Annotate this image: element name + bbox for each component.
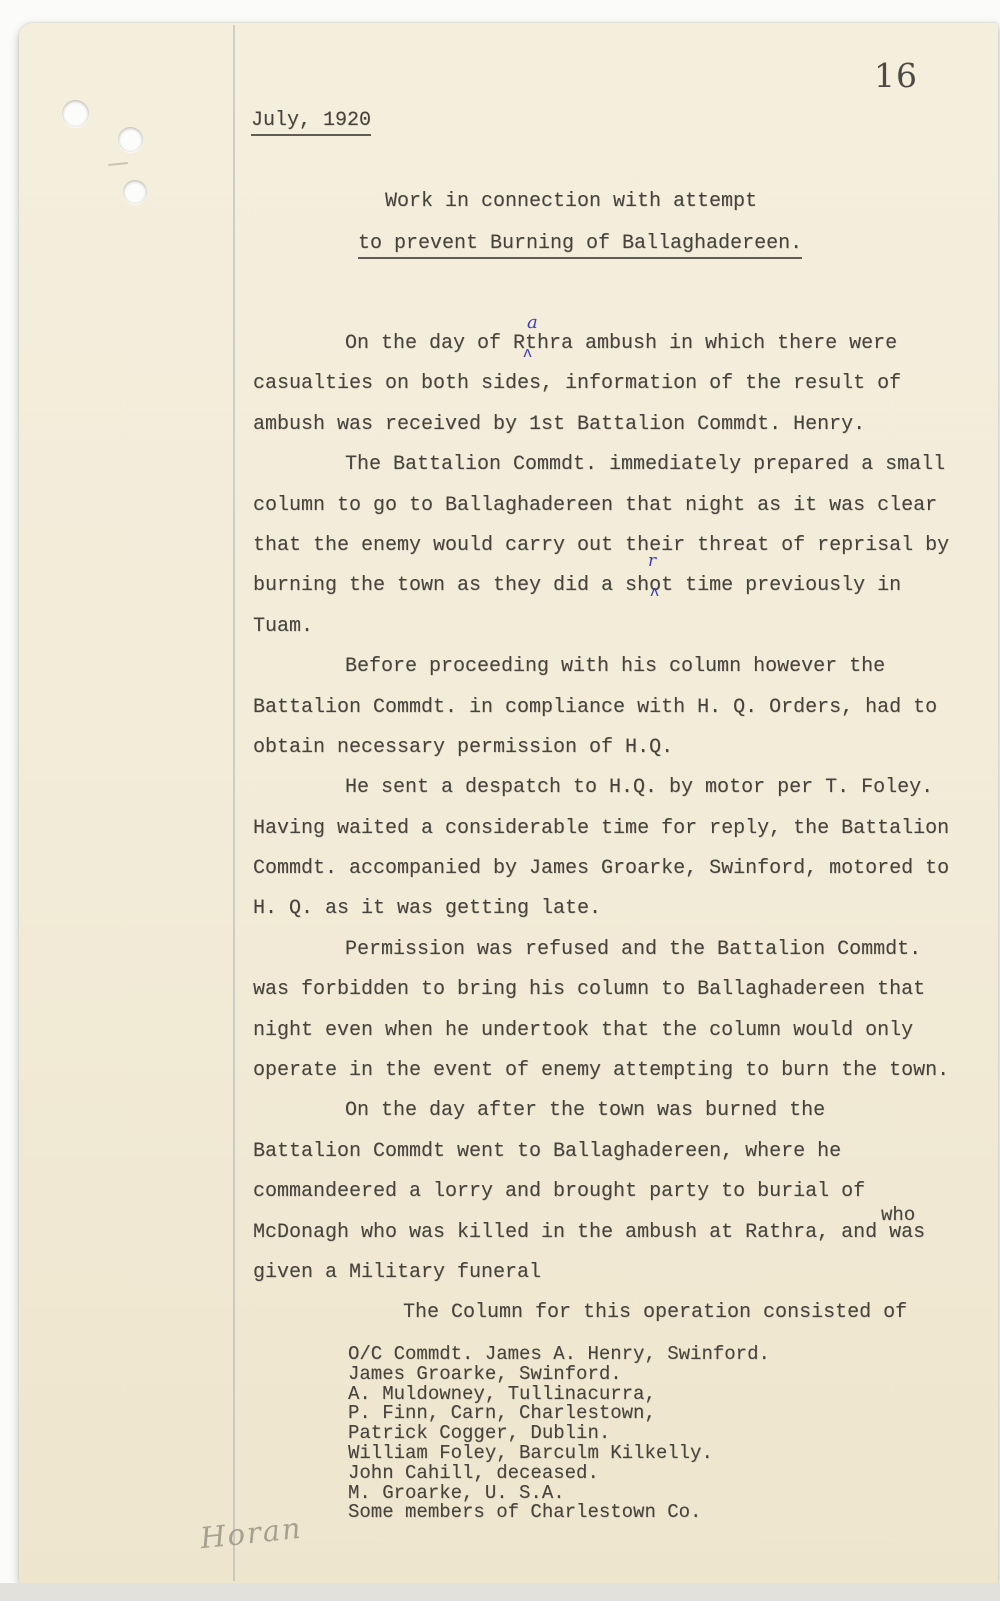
typed-text-line: operate in the event of enemy attempting… xyxy=(253,1051,963,1091)
punch-hole xyxy=(62,100,89,127)
typed-body-text: On the day of Rthra ambush in which ther… xyxy=(253,324,963,1334)
typed-text-line: Before proceeding with his column howeve… xyxy=(253,647,963,687)
typed-text-line: Battalion Commdt. in compliance with H. … xyxy=(253,688,963,728)
column-member-line: O/C Commdt. James A. Henry, Swinford. xyxy=(348,1345,770,1365)
typed-text-line: Permission was refused and the Battalion… xyxy=(253,930,963,970)
typed-text-line: obtain necessary permission of H.Q. xyxy=(253,728,963,768)
punch-hole xyxy=(118,127,143,152)
typed-text-line: H. Q. as it was getting late. xyxy=(253,889,963,929)
typed-text-line: was forbidden to bring his column to Bal… xyxy=(253,970,963,1010)
column-member-line: James Groarke, Swinford. xyxy=(348,1365,770,1385)
scan-background xyxy=(0,1583,1000,1601)
typed-text-line: The Column for this operation consisted … xyxy=(253,1293,963,1333)
column-members-list: O/C Commdt. James A. Henry, Swinford.Jam… xyxy=(348,1345,770,1523)
date-text: July, 1920 xyxy=(251,109,371,136)
date-heading: July, 1920 xyxy=(251,109,371,132)
handwritten-insertion-r: r xyxy=(648,551,656,571)
typed-text-line: He sent a despatch to H.Q. by motor per … xyxy=(253,768,963,808)
typed-text-line: On the day of Rthra ambush in which ther… xyxy=(253,324,963,364)
typed-text-line: On the day after the town was burned the xyxy=(253,1091,963,1131)
typed-text-line: given a Military funeral xyxy=(253,1253,963,1293)
page-number: 16 xyxy=(874,56,918,95)
column-member-line: Some members of Charlestown Co. xyxy=(348,1503,770,1523)
typed-text-line: McDonagh who was killed in the ambush at… xyxy=(253,1213,963,1253)
punch-hole xyxy=(123,180,147,204)
typed-text-line: Having waited a considerable time for re… xyxy=(253,809,963,849)
title-underlined-text: to prevent Burning of Ballaghadereen. xyxy=(358,232,802,259)
typed-text-line: burning the town as they did a shot time… xyxy=(253,566,963,606)
insertion-caret-icon: ʌ xyxy=(650,584,659,601)
typed-text-line: column to go to Ballaghadereen that nigh… xyxy=(253,486,963,526)
document-title-line2: to prevent Burning of Ballaghadereen. xyxy=(358,232,802,255)
typed-text-line: ambush was received by 1st Battalion Com… xyxy=(253,405,963,445)
handwritten-insertion-a: a xyxy=(527,312,538,333)
column-member-line: William Foley, Barculm Kilkelly. xyxy=(348,1444,770,1464)
document-title-line1: Work in connection with attempt xyxy=(385,190,757,213)
typed-text-line: Commdt. accompanied by James Groarke, Sw… xyxy=(253,849,963,889)
typed-text-line: night even when he undertook that the co… xyxy=(253,1011,963,1051)
typed-text-line: casualties on both sides, information of… xyxy=(253,364,963,404)
scanned-document-view: 16 July, 1920 Work in connection with at… xyxy=(0,0,1000,1601)
typed-text-line: Tuam. xyxy=(253,607,963,647)
typed-text-line: that the enemy would carry out their thr… xyxy=(253,526,963,566)
insertion-caret-icon: ʌ xyxy=(523,345,532,362)
column-member-line: Patrick Cogger, Dublin. xyxy=(348,1424,770,1444)
column-member-line: John Cahill, deceased. xyxy=(348,1464,770,1484)
typed-text-line: commandeered a lorry and brought party t… xyxy=(253,1172,963,1212)
typed-text-line: The Battalion Commdt. immediately prepar… xyxy=(253,445,963,485)
typed-text-line: Battalion Commdt went to Ballaghadereen,… xyxy=(253,1132,963,1172)
page-fold-line xyxy=(233,25,235,1581)
typed-insertion-who: who xyxy=(881,1204,915,1226)
